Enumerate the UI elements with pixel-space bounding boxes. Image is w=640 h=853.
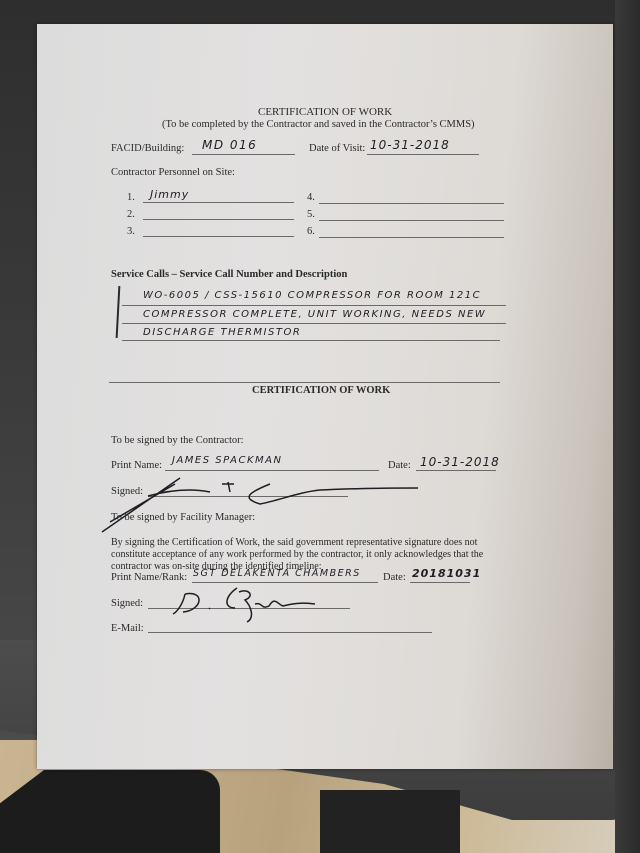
personnel-line-2[interactable] (143, 219, 294, 220)
email-label: E-Mail: (111, 623, 144, 634)
contractor-label: To be signed by the Contractor: (111, 435, 244, 446)
facid-value[interactable]: MD 016 (202, 138, 257, 152)
section-title: CERTIFICATION OF WORK (252, 385, 390, 396)
service-underline-1 (122, 305, 506, 306)
service-underline-3 (122, 340, 500, 341)
fm-date-value[interactable]: 20181031 (412, 567, 481, 580)
personnel-num-4: 4. (307, 192, 315, 203)
form-subtitle: (To be completed by the Contractor and s… (162, 119, 475, 130)
personnel-num-6: 6. (307, 226, 315, 237)
section-divider (109, 382, 500, 383)
contractor-signature (100, 470, 430, 543)
service-line-3[interactable]: Discharge Thermistor (143, 327, 301, 338)
personnel-num-1: 1. (127, 192, 135, 203)
contractor-date-value[interactable]: 10-31-2018 (420, 455, 500, 469)
email-underline[interactable] (148, 632, 432, 633)
print-name-value[interactable]: James Spackman (172, 455, 282, 466)
facid-label: FACID/Building: (111, 143, 184, 154)
personnel-line-1 (143, 202, 294, 203)
fm-label: To be signed by Facility Manager: (111, 512, 255, 523)
personnel-line-5[interactable] (319, 220, 504, 221)
print-rank-value[interactable]: SGT Delakenta Chambers (193, 568, 361, 579)
personnel-line-3[interactable] (143, 236, 294, 237)
personnel-line-4[interactable] (319, 203, 504, 204)
date-visit-label: Date of Visit: (309, 143, 365, 154)
date-visit-underline (367, 154, 479, 155)
facid-underline (192, 154, 295, 155)
personnel-line-6[interactable] (319, 237, 504, 238)
fm-date-underline (410, 582, 470, 583)
personnel-num-2: 2. (127, 209, 135, 220)
fm-signed-label: Signed: (111, 598, 143, 609)
service-calls-label: Service Calls – Service Call Number and … (111, 269, 347, 280)
date-visit-value[interactable]: 10-31-2018 (370, 138, 450, 152)
certification-form: CERTIFICATION OF WORK (To be completed b… (0, 0, 640, 853)
personnel-label: Contractor Personnel on Site: (111, 167, 235, 178)
personnel-num-3: 3. (127, 226, 135, 237)
service-underline-2 (122, 323, 506, 324)
service-line-2[interactable]: Compressor Complete, unit working, needs… (143, 309, 486, 320)
margin-mark (116, 286, 121, 338)
personnel-name-1[interactable]: Jimmy (150, 188, 189, 201)
fm-signature (165, 582, 325, 630)
service-line-1[interactable]: WO-6005 / CSS-15610 Compressor for Room … (143, 290, 481, 301)
form-title: CERTIFICATION OF WORK (258, 106, 392, 118)
fm-date-label: Date: (383, 572, 406, 583)
personnel-num-5: 5. (307, 209, 315, 220)
